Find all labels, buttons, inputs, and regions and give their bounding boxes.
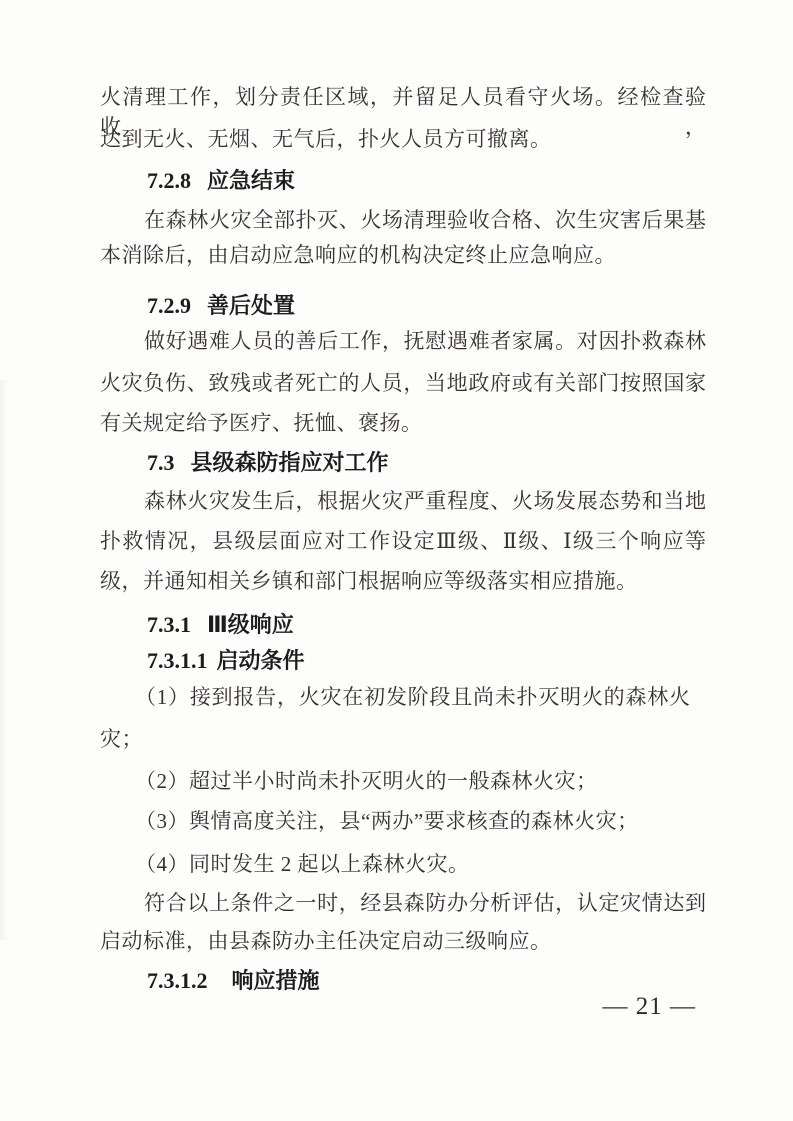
heading-title: Ⅲ级响应 <box>207 612 294 637</box>
paragraph-line: 有关规定给予医疗、抚恤、褒扬。 <box>100 408 423 438</box>
heading-title: 县级森防指应对工作 <box>191 450 389 475</box>
list-item-line: （2）超过半小时尚未扑灭明火的一般森林火灾； <box>135 766 598 796</box>
section-heading-7-2-9: 7.2.9善后处置 <box>147 291 295 321</box>
paragraph-line: 符合以上条件之一时，经县森防办分析评估，认定灾情达到 <box>144 888 706 918</box>
paragraph-line: 级，并通知相关乡镇和部门根据响应等级落实相应措施。 <box>100 566 638 596</box>
section-heading-7-3-1-1: 7.3.1.1启动条件 <box>147 646 305 676</box>
scan-edge-artifact <box>0 380 8 940</box>
paragraph-line: 本消除后，由启动应急响应的机构决定终止应急响应。 <box>100 240 616 270</box>
heading-number: 7.2.9 <box>147 293 191 318</box>
section-heading-7-2-8: 7.2.8应急结束 <box>147 166 295 196</box>
heading-title: 应急结束 <box>207 168 295 193</box>
page-number: — 21 — <box>603 993 697 1021</box>
paragraph-line: 做好遇难人员的善后工作，抚慰遇难者家属。对因扑救森林 <box>144 326 706 356</box>
list-item-line: 灾； <box>100 724 143 754</box>
section-heading-7-3: 7.3县级森防指应对工作 <box>147 448 389 478</box>
heading-number: 7.2.8 <box>147 168 191 193</box>
heading-number: 7.3.1.2 <box>147 968 208 993</box>
paragraph-line: 森林火灾发生后，根据火灾严重程度、火场发展态势和当地 <box>144 486 706 516</box>
heading-title: 善后处置 <box>207 293 295 318</box>
paragraph-line: 达到无火、无烟、无气后，扑火人员方可撤离。 <box>100 124 552 154</box>
heading-title: 启动条件 <box>217 648 305 673</box>
heading-number: 7.3 <box>147 450 175 475</box>
section-heading-7-3-1-2: 7.3.1.2响应措施 <box>147 966 320 996</box>
paragraph-line: 在森林火灾全部扑灭、火场清理验收合格、次生灾害后果基 <box>144 205 706 235</box>
list-item-line: （4）同时发生 2 起以上森林火灾。 <box>135 849 470 879</box>
heading-number: 7.3.1.1 <box>147 648 208 673</box>
paragraph-line: 启动标准，由县森防办主任决定启动三级响应。 <box>100 926 552 956</box>
list-item-line: （3）舆情高度关注，县“两办”要求核查的森林火灾； <box>135 806 639 836</box>
section-heading-7-3-1: 7.3.1Ⅲ级响应 <box>147 610 294 640</box>
paragraph-line: 扑救情况，县级层面应对工作设定Ⅲ级、Ⅱ级、Ⅰ级三个响应等 <box>100 526 706 556</box>
heading-title: 响应措施 <box>232 968 320 993</box>
paragraph-line: 火灾负伤、致残或者死亡的人员，当地政府或有关部门按照国家 <box>100 368 706 398</box>
heading-number: 7.3.1 <box>147 612 191 637</box>
list-item-line: （1）接到报告，火灾在初发阶段且尚未扑灭明火的森林火 <box>135 682 690 712</box>
document-page: 火清理工作，划分责任区域，并留足人员看守火场。经检查验收， 达到无火、无烟、无气… <box>0 0 793 1121</box>
